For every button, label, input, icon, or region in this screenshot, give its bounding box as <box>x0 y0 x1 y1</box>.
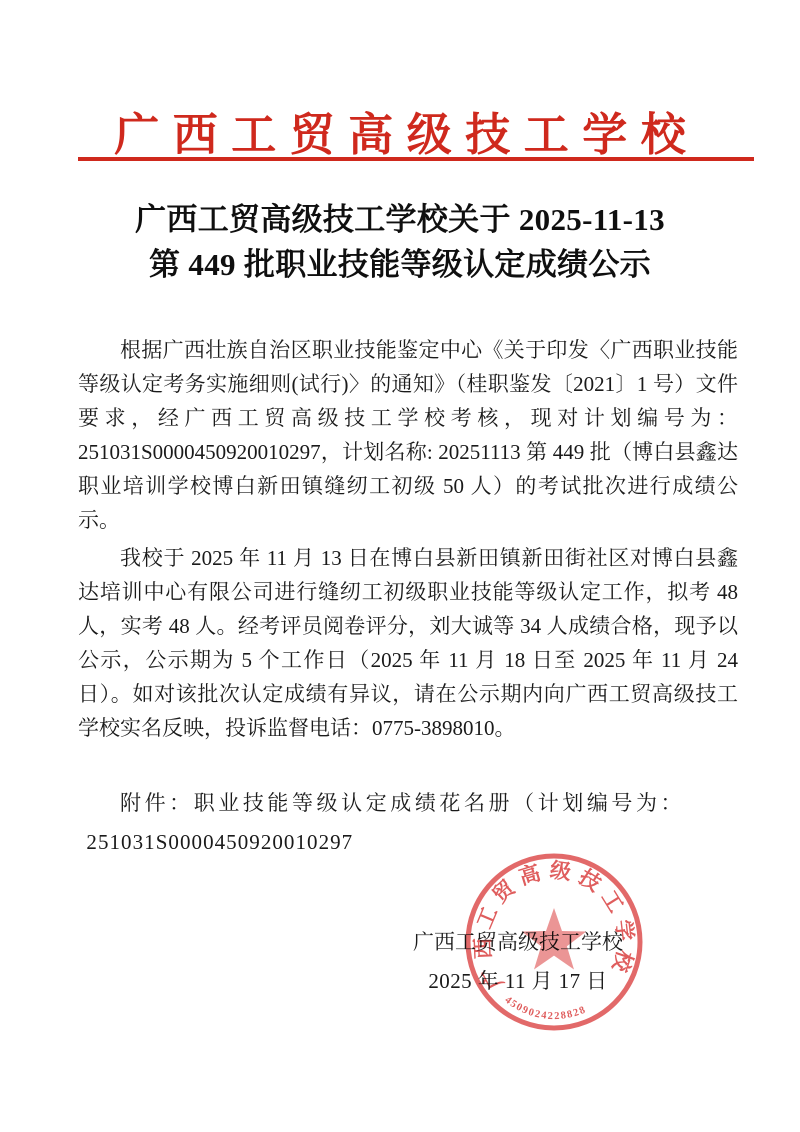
signature-date: 2025 年 11 月 17 日 <box>400 968 636 994</box>
attachment-line-1: 附件：职业技能等级认定成绩花名册（计划编号为： <box>78 786 738 820</box>
body-paragraph-1: 根据广西壮族自治区职业技能鉴定中心《关于印发〈广西职业技能等级认定考务实施细则(… <box>78 333 738 537</box>
letterhead-school-name: 广西工贸高级技工学校 <box>0 98 800 163</box>
seal-serial-number: 4509024228828 <box>503 995 589 1022</box>
signature-block: 广西工贸高级技工学校 2025 年 11 月 17 日 <box>400 929 636 994</box>
signature-organization: 广西工贸高级技工学校 <box>400 929 636 955</box>
notice-document-page: 广西工贸高级技工学校 广西工贸高级技工学校关于 2025-11-13 第 449… <box>0 0 800 1132</box>
document-title-line1: 广西工贸高级技工学校关于 2025-11-13 <box>0 197 800 242</box>
letterhead-divider-rule <box>78 157 754 161</box>
document-title: 广西工贸高级技工学校关于 2025-11-13 第 449 批职业技能等级认定成… <box>0 197 800 287</box>
document-title-line2: 第 449 批职业技能等级认定成绩公示 <box>0 242 800 287</box>
body-paragraph-2: 我校于 2025 年 11 月 13 日在博白县新田镇新田街社区对博白县鑫达培训… <box>78 541 738 745</box>
document-body: 根据广西壮族自治区职业技能鉴定中心《关于印发〈广西职业技能等级认定考务实施细则(… <box>78 333 738 859</box>
attachment-plan-number: 251031S0000450920010297 <box>78 825 738 859</box>
